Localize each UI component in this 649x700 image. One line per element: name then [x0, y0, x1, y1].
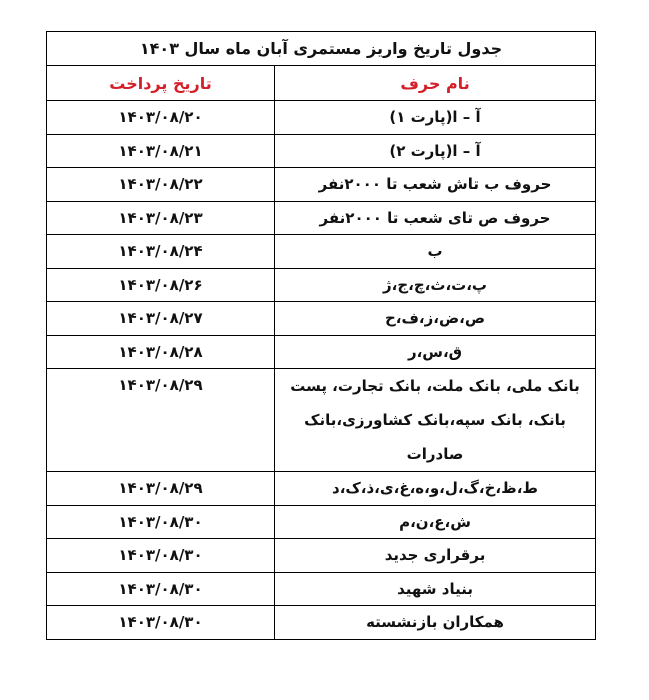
row-name: ص،ض،ز،ف،ح: [275, 302, 596, 336]
row-date: ۱۴۰۳/۰۸/۲۹: [47, 472, 275, 506]
row-name: ب: [275, 235, 596, 269]
row-date: ۱۴۰۳/۰۸/۲۱: [47, 134, 275, 168]
row-name: ش،ع،ن،م: [275, 505, 596, 539]
row-date: ۱۴۰۳/۰۸/۳۰: [47, 606, 275, 640]
table-row: بنیاد شهید ۱۴۰۳/۰۸/۳۰: [47, 572, 596, 606]
row-name: حروف ص تای شعب تا ۲۰۰۰نفر: [275, 201, 596, 235]
table-row: ص،ض،ز،ف،ح ۱۴۰۳/۰۸/۲۷: [47, 302, 596, 336]
table: جدول تاریخ واریز مستمری آبان ماه سال ۱۴۰…: [46, 31, 596, 640]
row-name: همکاران بازنشسته: [275, 606, 596, 640]
row-date: ۱۴۰۳/۰۸/۲۷: [47, 302, 275, 336]
row-date: ۱۴۰۳/۰۸/۳۰: [47, 572, 275, 606]
table-row: آ – ا(پارت ۱) ۱۴۰۳/۰۸/۲۰: [47, 101, 596, 135]
table-row: همکاران بازنشسته ۱۴۰۳/۰۸/۳۰: [47, 606, 596, 640]
row-date: ۱۴۰۳/۰۸/۲۶: [47, 268, 275, 302]
header-row: نام حرف تاریخ پرداخت: [47, 66, 596, 101]
row-name: بنیاد شهید: [275, 572, 596, 606]
row-date: ۱۴۰۳/۰۸/۲۴: [47, 235, 275, 269]
row-date: ۱۴۰۳/۰۸/۲۳: [47, 201, 275, 235]
title-row: جدول تاریخ واریز مستمری آبان ماه سال ۱۴۰…: [47, 32, 596, 66]
table-row: ط،ظ،خ،گ،ل،و،ه،غ،ی،ذ،ک،د ۱۴۰۳/۰۸/۲۹: [47, 472, 596, 506]
row-name: پ،ت،ث،چ،ج،ژ: [275, 268, 596, 302]
row-date: ۱۴۰۳/۰۸/۲۰: [47, 101, 275, 135]
table-row: ق،س،ر ۱۴۰۳/۰۸/۲۸: [47, 335, 596, 369]
table-row: برقراری جدید ۱۴۰۳/۰۸/۳۰: [47, 539, 596, 573]
table-row: آ – ا(پارت ۲) ۱۴۰۳/۰۸/۲۱: [47, 134, 596, 168]
row-date: ۱۴۰۳/۰۸/۲۸: [47, 335, 275, 369]
table-row: ش،ع،ن،م ۱۴۰۳/۰۸/۳۰: [47, 505, 596, 539]
header-date: تاریخ پرداخت: [47, 66, 275, 101]
row-date: ۱۴۰۳/۰۸/۲۹: [47, 369, 275, 472]
row-date: ۱۴۰۳/۰۸/۳۰: [47, 539, 275, 573]
row-name: آ – ا(پارت ۱): [275, 101, 596, 135]
row-date: ۱۴۰۳/۰۸/۳۰: [47, 505, 275, 539]
row-name: بانک ملی، بانک ملت، بانک تجارت، پست بانک…: [275, 369, 596, 472]
row-name: ق،س،ر: [275, 335, 596, 369]
payment-schedule-table: جدول تاریخ واریز مستمری آبان ماه سال ۱۴۰…: [46, 31, 595, 640]
table-row: حروف ب تاش شعب تا ۲۰۰۰نفر ۱۴۰۳/۰۸/۲۲: [47, 168, 596, 202]
row-name: حروف ب تاش شعب تا ۲۰۰۰نفر: [275, 168, 596, 202]
header-name: نام حرف: [275, 66, 596, 101]
row-name: آ – ا(پارت ۲): [275, 134, 596, 168]
row-name: برقراری جدید: [275, 539, 596, 573]
row-date: ۱۴۰۳/۰۸/۲۲: [47, 168, 275, 202]
table-title: جدول تاریخ واریز مستمری آبان ماه سال ۱۴۰…: [47, 32, 596, 66]
table-row: بانک ملی، بانک ملت، بانک تجارت، پست بانک…: [47, 369, 596, 472]
table-row: حروف ص تای شعب تا ۲۰۰۰نفر ۱۴۰۳/۰۸/۲۳: [47, 201, 596, 235]
table-row: ب ۱۴۰۳/۰۸/۲۴: [47, 235, 596, 269]
table-row: پ،ت،ث،چ،ج،ژ ۱۴۰۳/۰۸/۲۶: [47, 268, 596, 302]
row-name: ط،ظ،خ،گ،ل،و،ه،غ،ی،ذ،ک،د: [275, 472, 596, 506]
